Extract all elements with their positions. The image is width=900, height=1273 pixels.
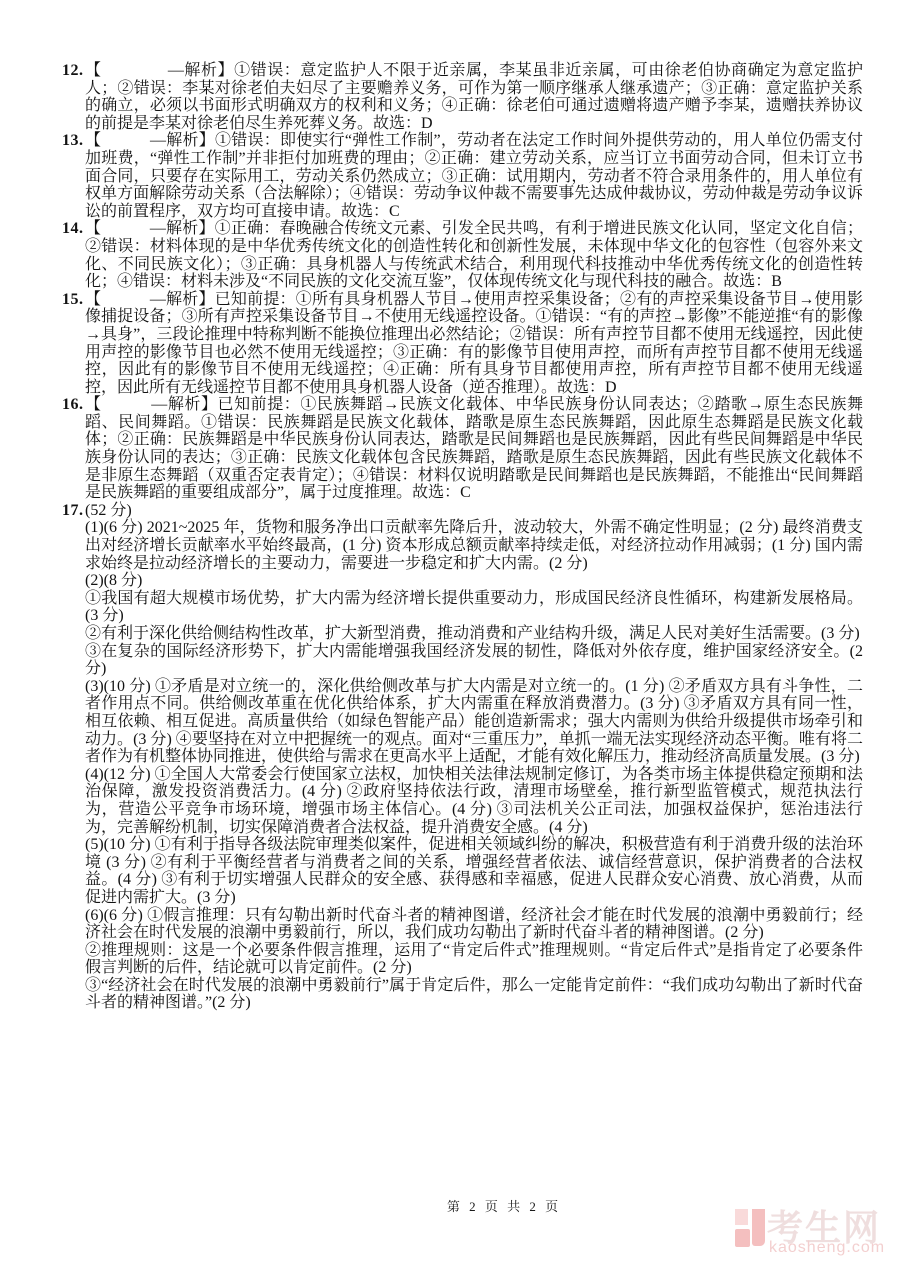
question-item-15: 15. 【 —解析】已知前提：①所有具身机器人节目→使用声控采集设备；②有的声控…	[62, 291, 863, 397]
question-item-14: 14. 【 —解析】①正确：春晚融合传统文元素、引发全民共鸣，有利于增进民族文化…	[62, 220, 863, 290]
question-analysis: 【 —解析】①错误：意定监护人不限于近亲属，李某虽非近亲属，可由徐老伯协商确定为…	[85, 62, 863, 132]
question-item-12: 12. 【 —解析】①错误：意定监护人不限于近亲属，李某虽非近亲属，可由徐老伯协…	[62, 62, 863, 132]
question-number: 15.	[62, 291, 84, 309]
kaosheng-logo-icon	[752, 1209, 765, 1246]
kaosheng-logo-icon	[735, 1209, 748, 1225]
answer-part-2-head: (2)(8 分)	[85, 572, 863, 590]
answer-part-6-point-2: ②推理规则：这是一个必要条件假言推理，运用了“肯定后件式”推理规则。“肯定后件式…	[85, 942, 863, 977]
answer-part-6-point-3: ③“经济社会在时代发展的浪潮中勇毅前行”属于肯定后件，那么一定能肯定前件：“我们…	[85, 977, 863, 1012]
answer-part-2-point-3: ③在复杂的国际经济形势下，扩大内需能增强我国经济发展的韧性，降低对外依存度，维护…	[85, 643, 863, 678]
question-analysis: 【 —解析】①错误：即使实行“弹性工作制”，劳动者在法定工作时间外提供劳动的，用…	[85, 132, 863, 220]
question-analysis: 【 —解析】①正确：春晚融合传统文元素、引发全民共鸣，有利于增进民族文化认同，坚…	[85, 220, 863, 290]
answer-part-5: (5)(10 分) ①有利于指导各级法院审理类似案件，促进相关领域纠纷的解决，积…	[85, 836, 863, 906]
kaosheng-logo-icon	[735, 1229, 750, 1247]
answer-part-4: (4)(12 分) ①全国人大常委会行使国家立法权，加快相关法律法规制定修订，为…	[85, 766, 863, 836]
question-analysis: 【 —解析】已知前提：①民族舞蹈→民族文化载体、中华民族身份认同表达；②踏歌→原…	[85, 396, 863, 502]
question-number: 17.	[62, 502, 84, 520]
question-total-score: (52 分)	[85, 502, 863, 520]
answer-part-2-point-2: ②有利于深化供给侧结构性改革，扩大新型消费，推动消费和产业结构升级，满足人民对美…	[85, 625, 863, 643]
question-item-13: 13. 【 —解析】①错误：即使实行“弹性工作制”，劳动者在法定工作时间外提供劳…	[62, 132, 863, 220]
watermark-site-url: kaosheng.com	[769, 1239, 885, 1257]
answer-part-2-point-1: ①我国有超大规模市场优势，扩大内需为经济增长提供重要动力，形成国民经济良性循环，…	[85, 590, 863, 625]
page-footer: 第 2 页 共 2 页	[0, 1196, 900, 1215]
answer-key-content: 12. 【 —解析】①错误：意定监护人不限于近亲属，李某虽非近亲属，可由徐老伯协…	[62, 62, 863, 1012]
question-analysis: 【 —解析】已知前提：①所有具身机器人节目→使用声控采集设备；②有的声控采集设备…	[85, 291, 863, 397]
question-number: 13.	[62, 132, 84, 150]
question-number: 14.	[62, 220, 84, 238]
answer-part-3: (3)(10 分) ①矛盾是对立统一的，深化供给侧改革与扩大内需是对立统一的。(…	[85, 678, 863, 766]
question-item-17: 17. (52 分) (1)(6 分) 2021~2025 年，货物和服务净出口…	[62, 502, 863, 1012]
answer-part-1: (1)(6 分) 2021~2025 年，货物和服务净出口贡献率先降后升，波动较…	[85, 519, 863, 572]
question-number: 16.	[62, 396, 84, 414]
question-number: 12.	[62, 62, 84, 80]
question-item-16: 16. 【 —解析】已知前提：①民族舞蹈→民族文化载体、中华民族身份认同表达；②…	[62, 396, 863, 502]
answer-part-6-point-1: (6)(6 分) ①假言推理：只有勾勒出新时代奋斗者的精神图谱，经济社会才能在时…	[85, 907, 863, 942]
